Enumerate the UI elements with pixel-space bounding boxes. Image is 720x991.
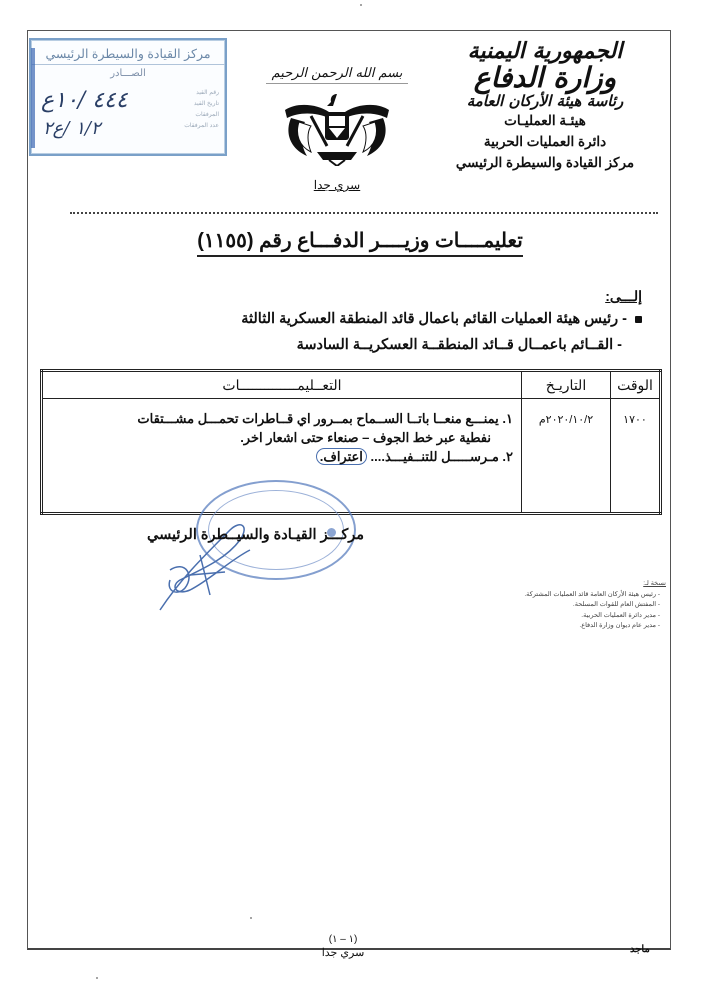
document-title: تعليمــــات وزيــــر الدفـــاع رقم (١١٥٥… (197, 228, 523, 257)
copy-recipient: - المفتش العام للقوات المسلحة. (446, 600, 666, 611)
cell-time: ١٧٠٠ (611, 399, 661, 514)
registration-stamp: مركز القيادة والسيطرة الرئيسي الصـــادر … (29, 38, 227, 156)
yemen-eagle-emblem-icon (277, 88, 397, 166)
instruction-line: ٢. مـرســـــل للتنــفيـــذ.... اعتراف. (49, 447, 513, 466)
stamp-subtitle: الصـــادر (31, 68, 225, 79)
header-instructions: التعــليمــــــــــــــات (42, 371, 522, 399)
instruction-send-text: ٢. مـرســـــل للتنــفيـــذ.... (371, 449, 513, 464)
instructions-table: الوقت التاريـخ التعــليمــــــــــــــات… (40, 369, 662, 515)
instruction-line: ١. يمنـــع منعــا باتــا الســماح بمــرو… (49, 409, 513, 428)
recipient-text: - رئيس هيئة العمليات القائم باعمال قائد … (241, 311, 627, 327)
basmala: بسم الله الرحمن الرحيم (266, 66, 409, 84)
country-name: الجمهورية اليمنية (430, 40, 660, 63)
letterhead-center: بسم الله الرحمن الرحيم سري جدا (262, 62, 412, 192)
department-operations: هيئـة العمليـات (430, 110, 660, 131)
acknowledge-word: اعتراف. (316, 448, 367, 465)
chief-of-staff-name: رئاسة هيئة الأركان العامة (430, 94, 660, 110)
letterhead-right: الجمهورية اليمنية وزارة الدفاع رئاسة هيئ… (430, 40, 660, 173)
handwritten-signature-icon (140, 500, 270, 620)
department-command-center: مركز القيادة والسيطرة الرئيسي (430, 152, 660, 173)
table-header-row: الوقت التاريـخ التعــليمــــــــــــــات (42, 371, 661, 399)
stamp-handwritten-date: ١/٢ /ع٢ (43, 118, 101, 139)
ministry-name: وزارة الدفاع (430, 63, 660, 92)
recipient-item: - رئيس هيئة العمليات القائم باعمال قائد … (162, 307, 642, 331)
header-divider (70, 212, 658, 214)
copy-recipient: - رئيس هيئة الأركان العامة قائد العمليات… (446, 590, 666, 601)
page-number: (١ – ١) (318, 934, 368, 945)
table-row: ١٧٠٠ ٢٠٢٠/١٠/٢م ١. يمنـــع منعــا باتــا… (42, 399, 661, 514)
header-time: الوقت (611, 371, 661, 399)
copies-label: نسخة لـ: (446, 579, 666, 590)
copies-block: نسخة لـ: - رئيس هيئة الأركان العامة قائد… (446, 579, 666, 632)
footer-classification: سري جدا (318, 946, 368, 959)
copy-recipient: - مدير عام ديوان وزارة الدفاع. (446, 621, 666, 632)
stamp-edge-mark (31, 48, 35, 148)
instruction-line: نفطية عبر خط الجوف – صنعاء حتى اشعار اخر… (49, 428, 513, 447)
scan-speck (250, 917, 252, 919)
stamp-label: المرفقات (184, 110, 219, 121)
stamp-title: مركز القيادة والسيطرة الرئيسي (31, 46, 225, 65)
title-row: تعليمــــات وزيــــر الدفـــاع رقم (١١٥٥… (150, 228, 570, 257)
recipient-item: - القــائم باعمــال قــائد المنطقــة الع… (162, 333, 642, 357)
stamp-handwritten-number: ٤٤٤ /١٠ع (41, 88, 128, 113)
header-date: التاريـخ (522, 371, 611, 399)
stamp-field-labels: رقم القيد تاريخ القيد المرفقات عدد المرف… (184, 88, 219, 132)
recipient-text: - القــائم باعمــال قــائد المنطقــة الع… (297, 337, 622, 353)
stamp-label: رقم القيد (184, 88, 219, 99)
stamp-label: تاريخ القيد (184, 99, 219, 110)
scan-speck (96, 977, 98, 979)
department-war-operations: دائرة العمليات الحربية (430, 131, 660, 152)
recipients-block: إلـــى: - رئيس هيئة العمليات القائم باعم… (162, 288, 642, 357)
bullet-icon (635, 316, 642, 323)
copy-recipient: - مدير دائرة العمليات الحربية. (446, 611, 666, 622)
classification-label: سري جدا (262, 178, 412, 192)
signer-name: مركـــز القيـادة والسيــطرة الرئيسي (64, 527, 364, 543)
to-label: إلـــى: (162, 288, 642, 305)
stamp-label: عدد المرفقات (184, 121, 219, 132)
scan-speck (360, 4, 362, 6)
cell-date: ٢٠٢٠/١٠/٢م (522, 399, 611, 514)
author-initials: ماجد (630, 944, 650, 955)
